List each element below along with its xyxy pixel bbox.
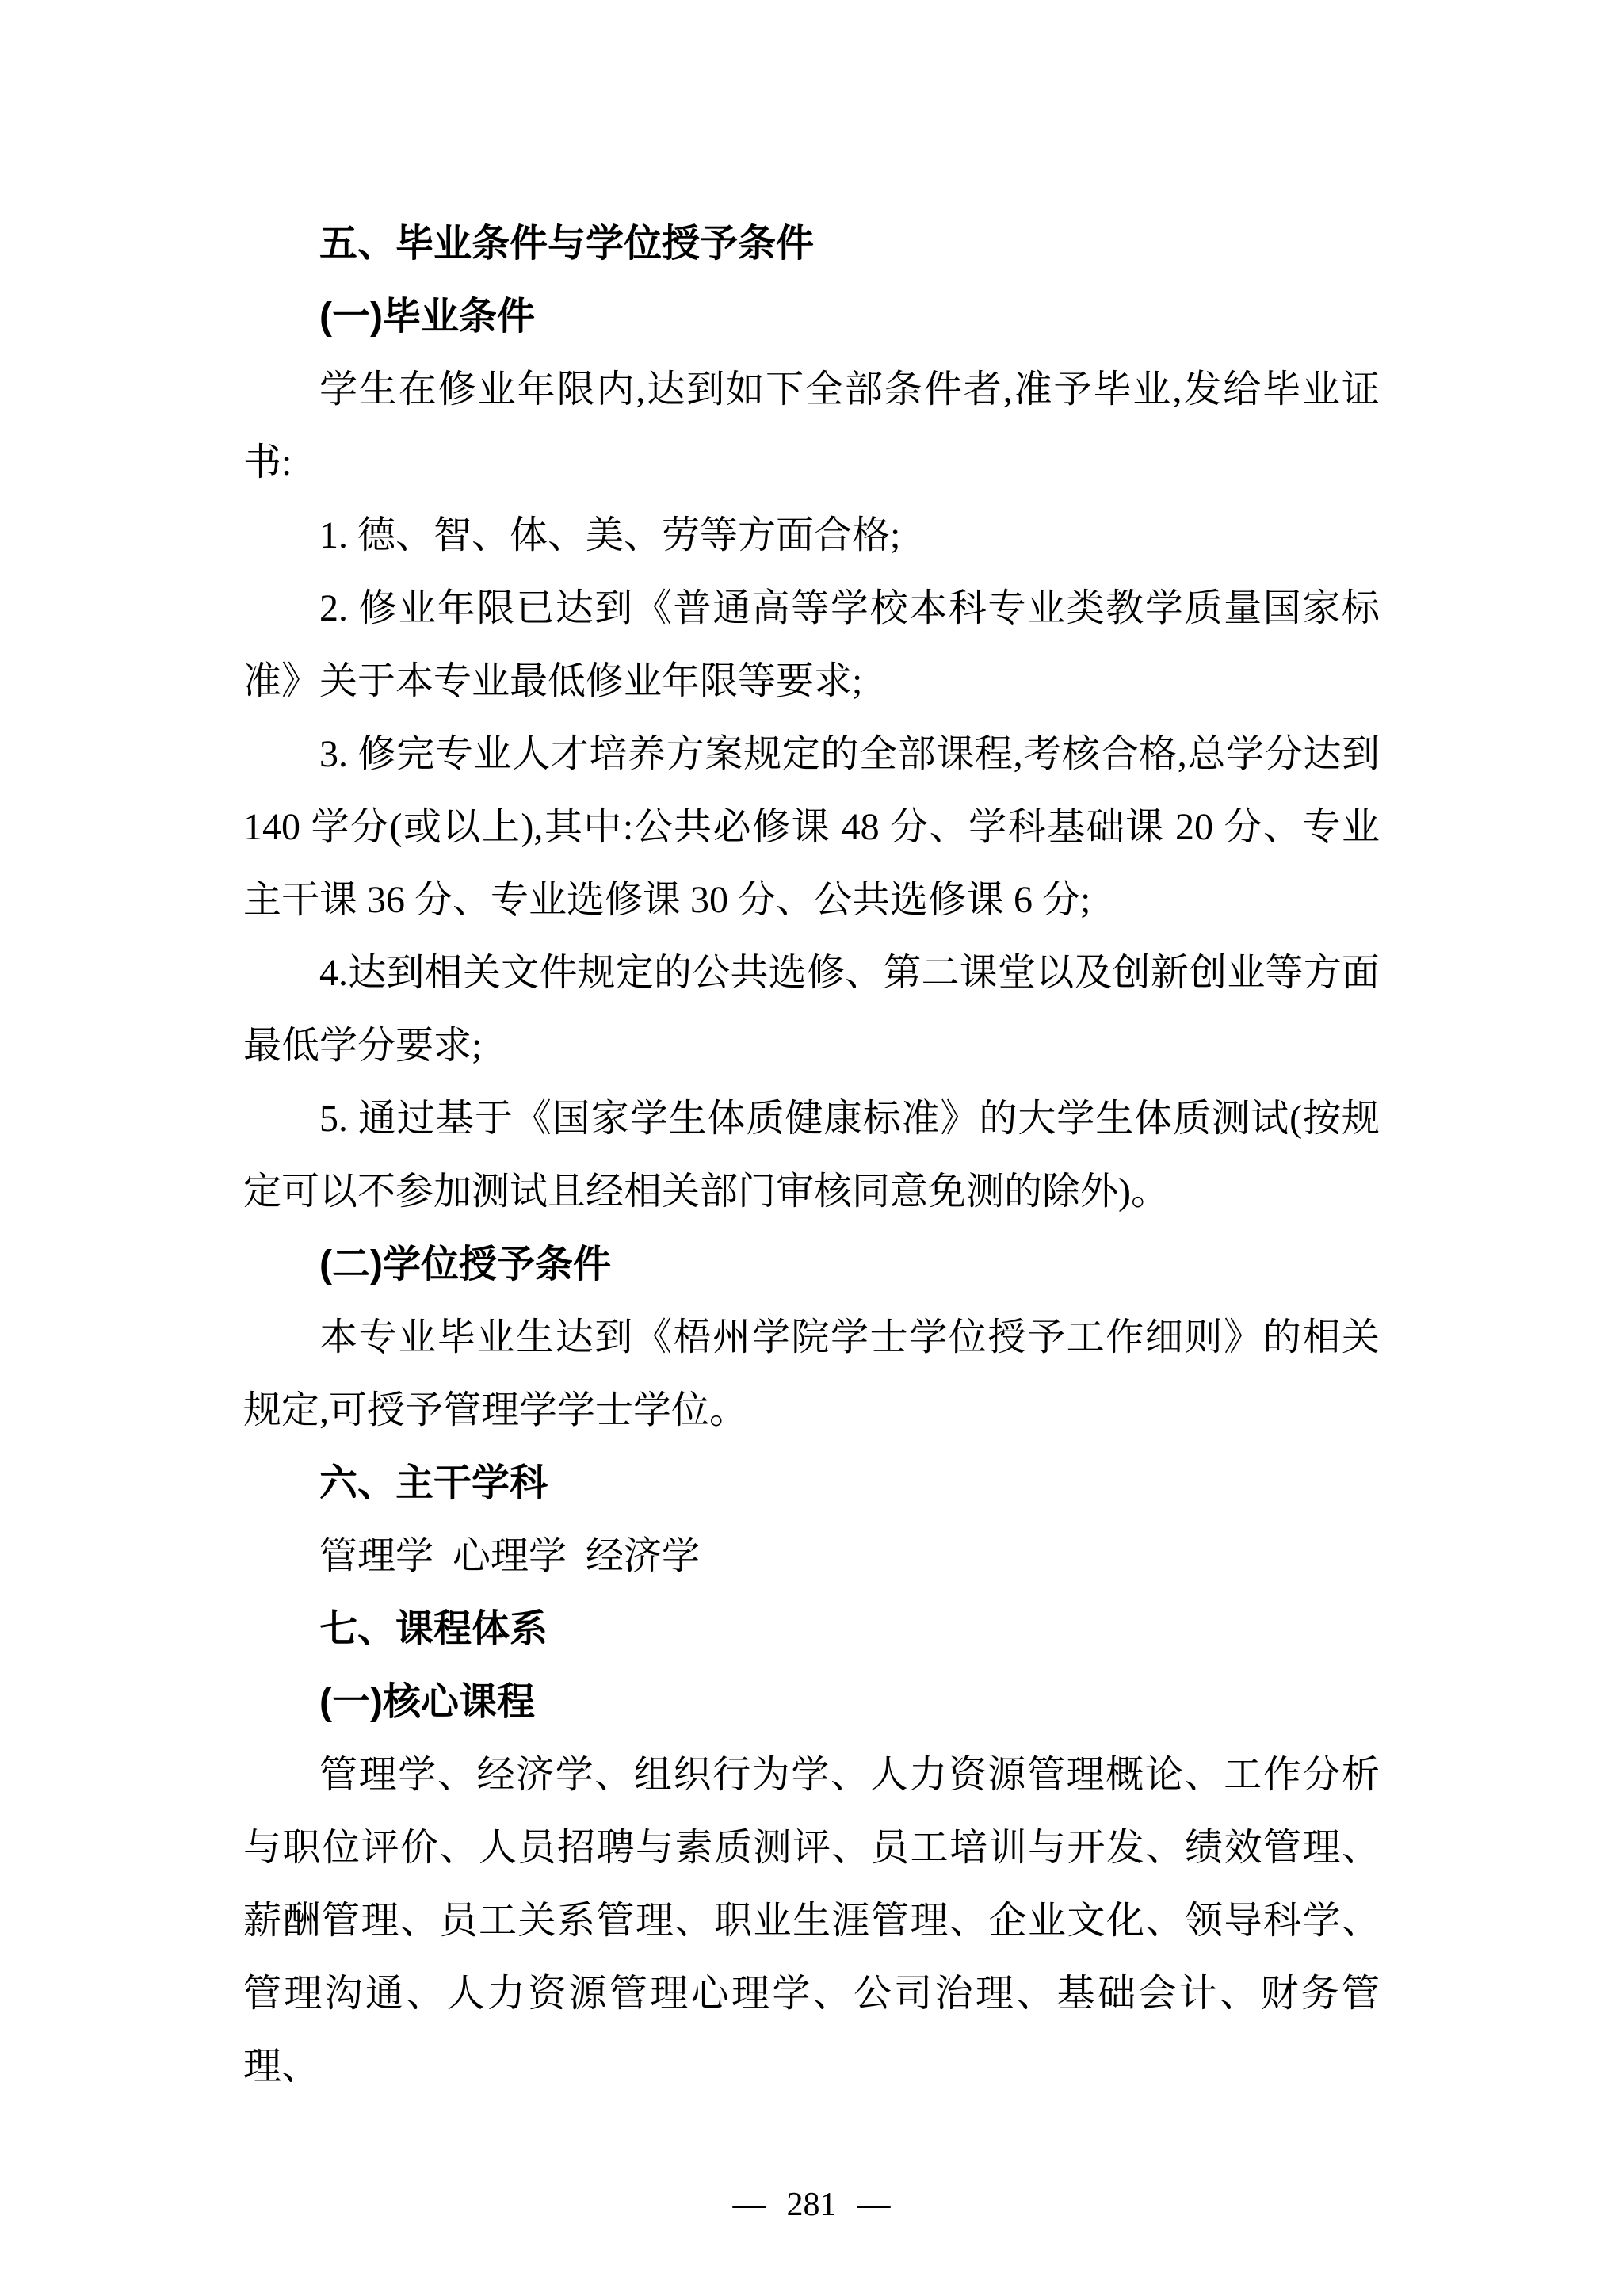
paragraph: 学生在修业年限内,达到如下全部条件者,准予毕业,发给毕业证书: bbox=[243, 353, 1380, 499]
paragraph: 4.达到相关文件规定的公共选修、第二课堂以及创新创业等方面最低学分要求; bbox=[243, 937, 1380, 1083]
document-content: 五、毕业条件与学位授予条件(一)毕业条件学生在修业年限内,达到如下全部条件者,准… bbox=[243, 208, 1380, 2103]
section-heading: 五、毕业条件与学位授予条件 bbox=[243, 208, 1380, 281]
paragraph: 3. 修完专业人才培养方案规定的全部课程,考核合格,总学分达到 140 学分(或… bbox=[243, 718, 1380, 937]
sub-heading: (一)核心课程 bbox=[243, 1666, 1380, 1739]
sub-heading: (一)毕业条件 bbox=[243, 281, 1380, 353]
page-number: 281 bbox=[787, 2187, 837, 2223]
paragraph: 2. 修业年限已达到《普通高等学校本科专业类教学质量国家标准》关于本专业最低修业… bbox=[243, 572, 1380, 718]
paragraph: 管理学、经济学、组织行为学、人力资源管理概论、工作分析与职位评价、人员招聘与素质… bbox=[243, 1739, 1380, 2103]
section-heading: 七、课程体系 bbox=[243, 1593, 1380, 1666]
section-heading: 六、主干学科 bbox=[243, 1447, 1380, 1520]
paragraph: 管理学 心理学 经济学 bbox=[243, 1520, 1380, 1593]
sub-heading: (二)学位授予条件 bbox=[243, 1228, 1380, 1301]
footer-left-dash: — bbox=[733, 2181, 766, 2229]
document-page: 五、毕业条件与学位授予条件(一)毕业条件学生在修业年限内,达到如下全部条件者,准… bbox=[0, 0, 1623, 2296]
paragraph: 5. 通过基于《国家学生体质健康标准》的大学生体质测试(按规定可以不参加测试且经… bbox=[243, 1083, 1380, 1228]
page-footer: —281— bbox=[0, 2181, 1623, 2229]
paragraph: 本专业毕业生达到《梧州学院学士学位授予工作细则》的相关规定,可授予管理学学士学位… bbox=[243, 1301, 1380, 1447]
paragraph: 1. 德、智、体、美、劳等方面合格; bbox=[243, 499, 1380, 572]
footer-right-dash: — bbox=[857, 2181, 891, 2229]
